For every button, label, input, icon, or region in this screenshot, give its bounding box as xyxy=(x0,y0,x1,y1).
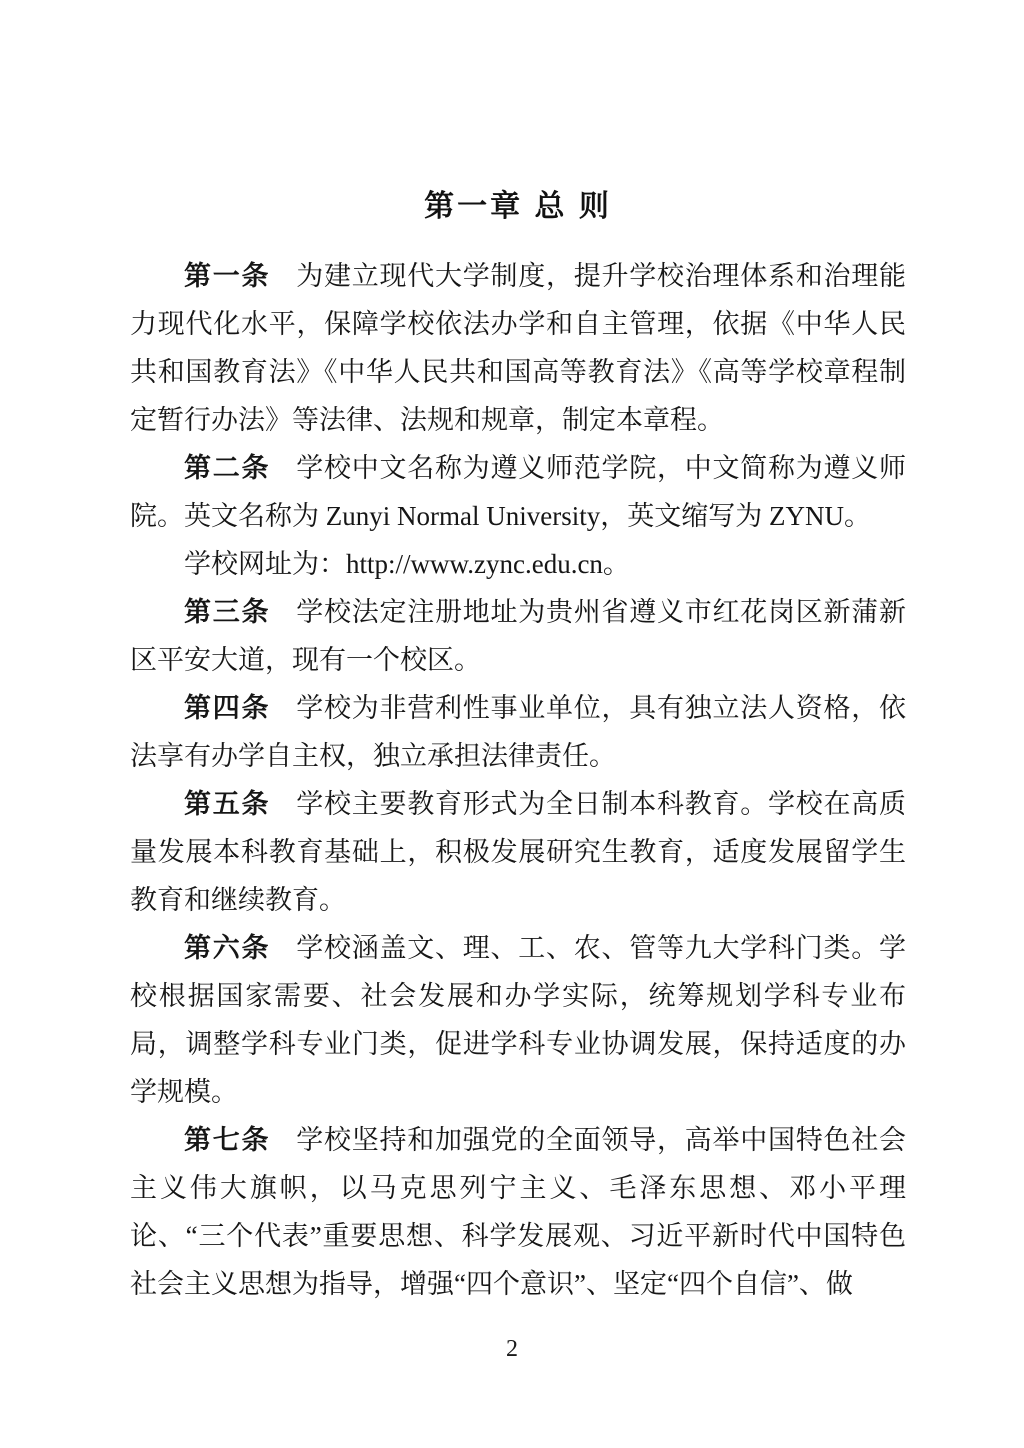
document-page: 第一章 总 则 第一条为建立现代大学制度，提升学校治理体系和治理能力现代化水平，… xyxy=(0,0,1024,1448)
page-number: 2 xyxy=(0,1334,1024,1364)
article-paragraph: 第五条学校主要教育形式为全日制本科教育。学校在高质量发展本科教育基础上，积极发展… xyxy=(130,780,906,924)
article-number: 第七条 xyxy=(184,1125,270,1155)
article-paragraph: 第七条学校坚持和加强党的全面领导，高举中国特色社会主义伟大旗帜，以马克思列宁主义… xyxy=(130,1116,906,1308)
article-paragraph: 学校网址为：http://www.zync.edu.cn。 xyxy=(130,540,906,588)
article-paragraph: 第一条为建立现代大学制度，提升学校治理体系和治理能力现代化水平，保障学校依法办学… xyxy=(130,252,906,444)
article-paragraph: 第三条学校法定注册地址为贵州省遵义市红花岗区新蒲新区平安大道，现有一个校区。 xyxy=(130,588,906,684)
article-number: 第五条 xyxy=(184,789,270,819)
article-paragraph: 第二条学校中文名称为遵义师范学院，中文简称为遵义师院。英文名称为 Zunyi N… xyxy=(130,444,906,540)
article-paragraph: 第六条学校涵盖文、理、工、农、管等九大学科门类。学校根据国家需要、社会发展和办学… xyxy=(130,924,906,1116)
document-content: 第一章 总 则 第一条为建立现代大学制度，提升学校治理体系和治理能力现代化水平，… xyxy=(130,188,906,1308)
article-text: 学校网址为：http://www.zync.edu.cn。 xyxy=(184,549,630,579)
article-number: 第四条 xyxy=(184,693,270,723)
article-number: 第三条 xyxy=(184,597,270,627)
article-paragraph: 第四条学校为非营利性事业单位，具有独立法人资格，依法享有办学自主权，独立承担法律… xyxy=(130,684,906,780)
chapter-title: 第一章 总 则 xyxy=(130,188,906,226)
article-number: 第六条 xyxy=(184,933,270,963)
article-number: 第一条 xyxy=(184,261,270,291)
article-number: 第二条 xyxy=(184,453,270,483)
